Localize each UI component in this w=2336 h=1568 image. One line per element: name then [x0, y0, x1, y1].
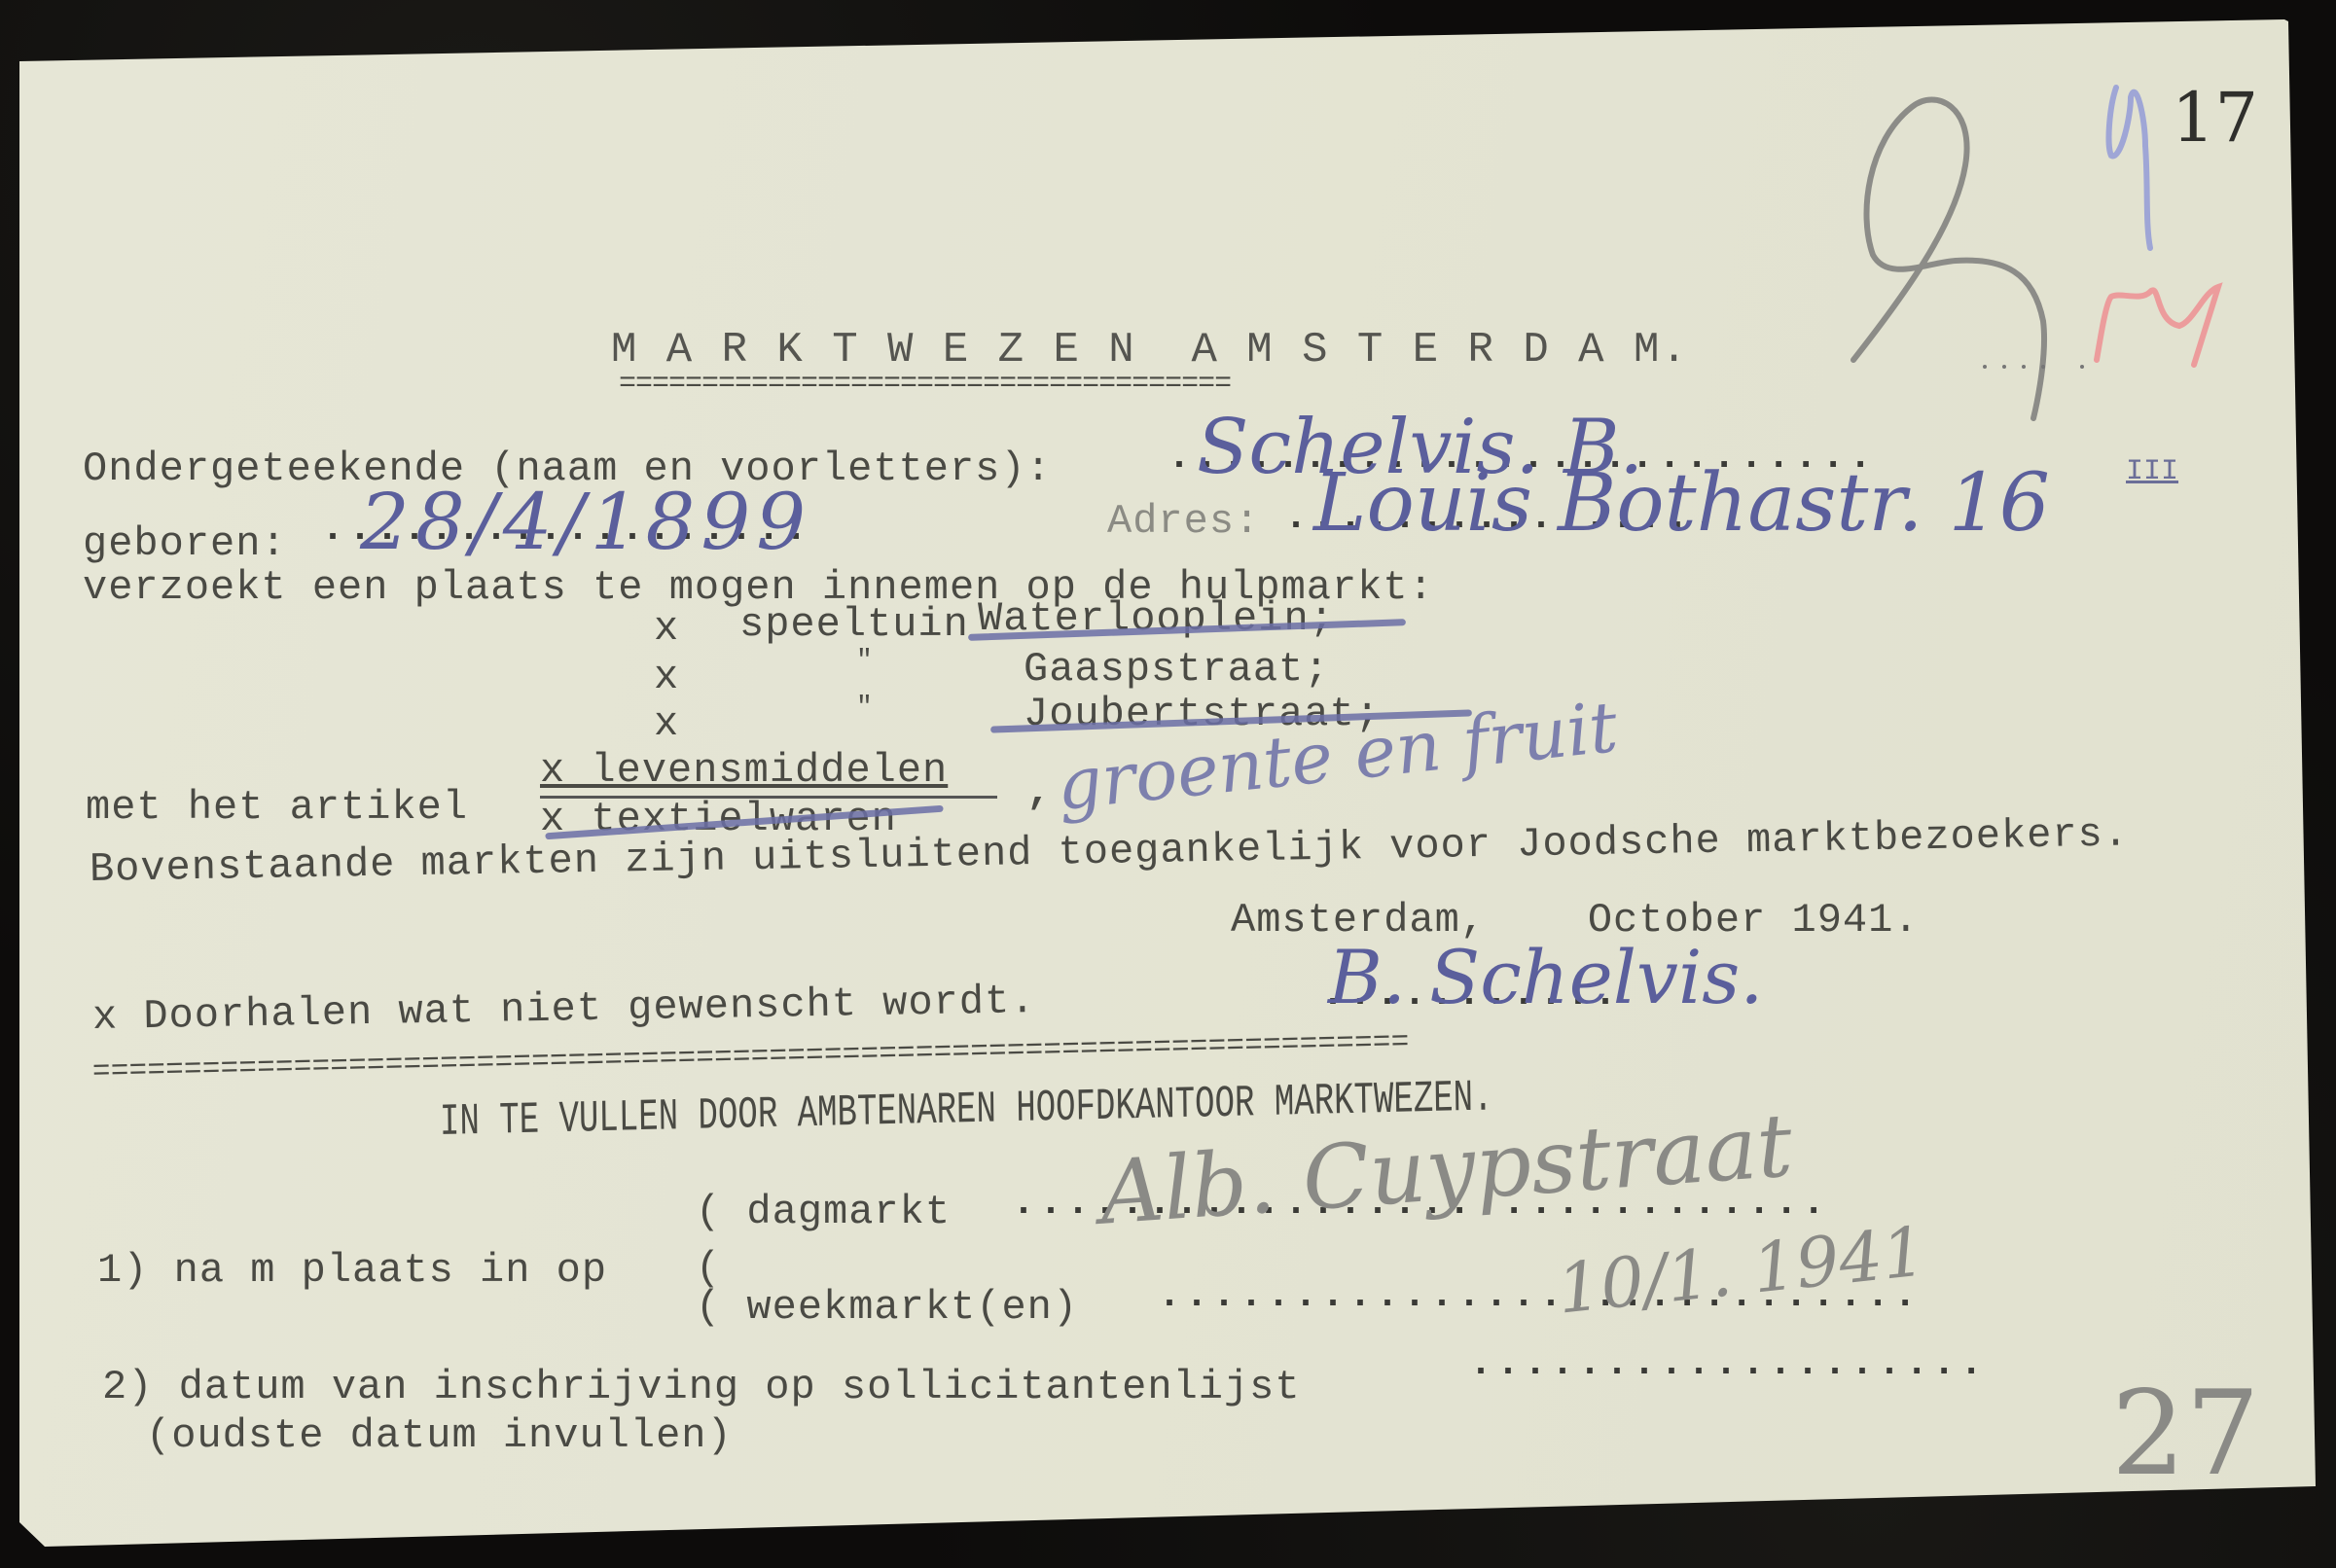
market-name-gaaspstraat: Gaaspstraat; — [1024, 646, 1329, 693]
address-handwritten: Louis Bothastr. 16 — [1313, 457, 2050, 550]
strike-note: x Doorhalen wat niet gewenscht wordt. — [92, 978, 1036, 1041]
article-comma: , — [1026, 768, 1052, 815]
market-mark-2: x — [654, 654, 679, 700]
item2-note: (oudste datum invullen) — [146, 1412, 733, 1459]
red-scribble-icon — [2097, 287, 2218, 365]
stray-marks-icon — [1983, 365, 2084, 369]
market-prefix-1: speeltuin — [739, 601, 969, 648]
article-label: met het artikel — [86, 784, 468, 831]
annotation-black-number: 17 — [2172, 78, 2258, 158]
market-permit-card: M A R K T W E Z E N A M S T E R D A M. =… — [0, 0, 2336, 1568]
address-label: Adres: — [1107, 498, 1260, 545]
dagmarkt-label: ( dagmarkt — [696, 1189, 951, 1235]
ditto-mark-1: " — [856, 646, 873, 676]
item2-label: 2) datum van inschrijving op sollicitant… — [102, 1364, 1301, 1410]
floor-mark: III — [2126, 455, 2178, 488]
market-mark-1: x — [654, 605, 679, 652]
title-underline: ===================================== — [619, 368, 1231, 401]
blue-scribble-icon — [2109, 88, 2150, 248]
annotation-pencil-27: 27 — [2111, 1367, 2260, 1502]
born-label: geboren: — [83, 520, 287, 567]
article-option-levensmiddelen: x levensmiddelen — [540, 747, 948, 794]
pencil-scribble-icon — [1853, 100, 2044, 419]
signature-handwritten: B. Schelvis. — [1328, 934, 1763, 1020]
item2-dotted-field: ................... — [1469, 1342, 1987, 1386]
item1-label: 1) na m plaats in op — [97, 1247, 607, 1294]
ditto-mark-2: " — [856, 693, 873, 723]
market-mark-3: x — [654, 700, 679, 747]
weekmarkt-label: ( weekmarkt(en) — [696, 1284, 1078, 1331]
born-handwritten: 28/4/1899 — [360, 477, 811, 567]
